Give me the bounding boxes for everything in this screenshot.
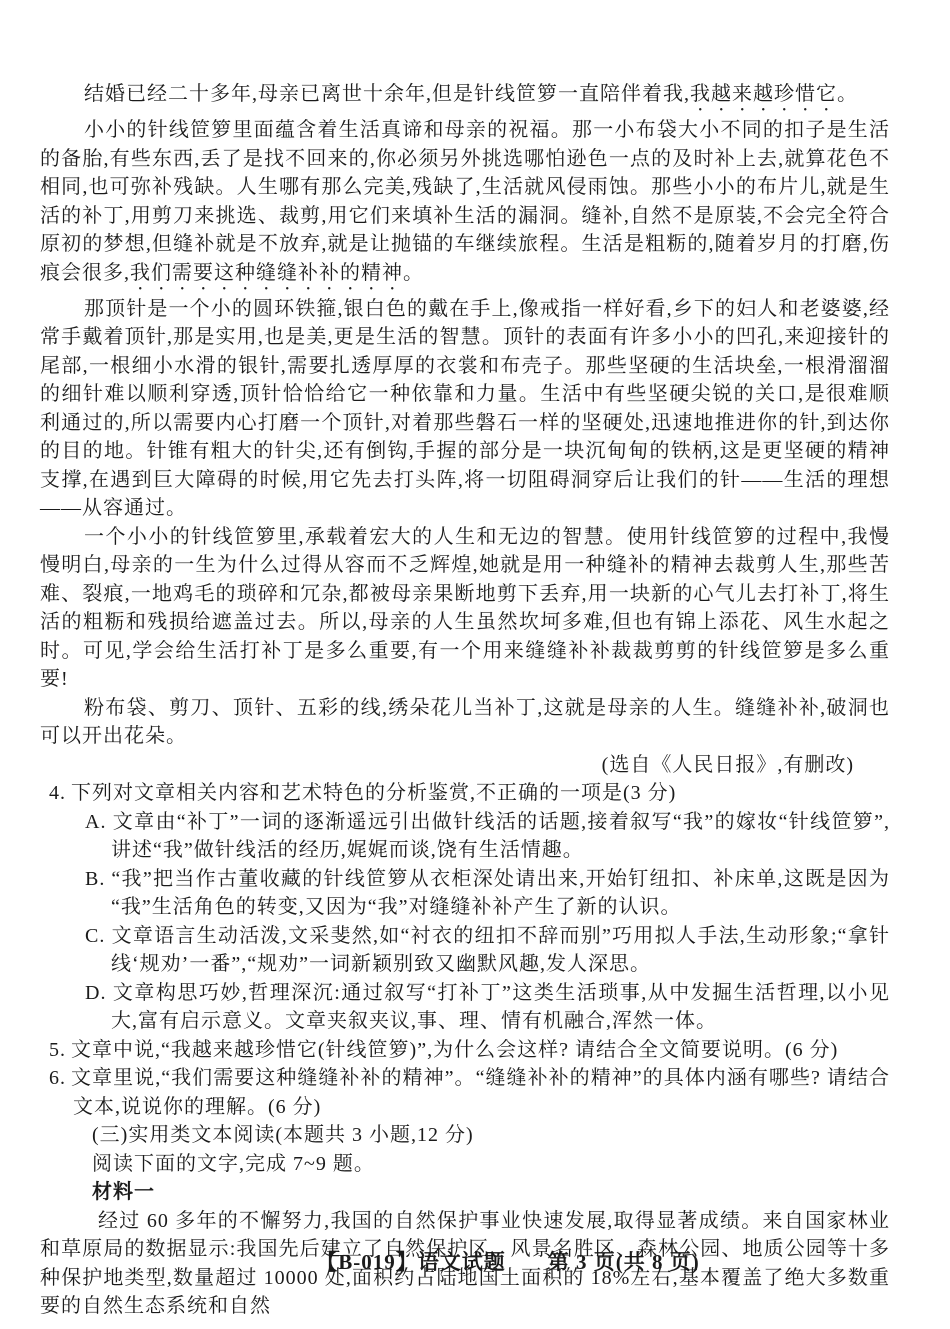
option-b-label: B. <box>85 868 105 890</box>
passage-paragraph-2: 小小的针线笸箩里面蕴含着生活真谛和母亲的祝福。那一小布袋大小不同的扣子是生活的备… <box>40 116 890 295</box>
passage-paragraph-3: 那顶针是一个小的圆环铁箍,银白色的戴在手上,像戒指一样好看,乡下的妇人和老婆婆,… <box>40 295 890 523</box>
passage-paragraph-1: 结婚已经二十多年,母亲已离世十余年,但是针线笸箩一直陪伴着我,我越来越珍惜它。 <box>40 80 890 116</box>
page-content: 结婚已经二十多年,母亲已离世十余年,但是针线笸箩一直陪伴着我,我越来越珍惜它。 … <box>40 80 890 1321</box>
section-3-instruction: 阅读下面的文字,完成 7~9 题。 <box>40 1150 890 1179</box>
footer-booklet-title: 【B-019】语文试题 <box>316 1250 506 1274</box>
question-4-option-b: B.“我”把当作古董收藏的针线笸箩从衣柜深处请出来,开始钉纽扣、补床单,这既是因… <box>85 865 890 922</box>
passage-text: 小小的针线笸箩里面蕴含着生活真谛和母亲的祝福。那一小布袋大小不同的扣子是生活的备… <box>40 119 890 284</box>
option-a-label: A. <box>85 811 106 833</box>
question-6-number: 6. <box>49 1067 66 1089</box>
question-4-option-c: C.文章语言生动活泼,文采斐然,如“衬衣的纽扣不辞而别”巧用拟人手法,生动形象;… <box>85 922 890 979</box>
question-5-number: 5. <box>49 1039 66 1061</box>
exam-page: 结婚已经二十多年,母亲已离世十余年,但是针线笸箩一直陪伴着我,我越来越珍惜它。 … <box>0 0 950 1329</box>
option-d-text: 文章构思巧妙,哲理深沉:通过叙写“打补丁”这类生活琐事,从中发掘生活哲理,以小见… <box>111 982 890 1033</box>
page-footer: 【B-019】语文试题第 3 页(共 8 页) <box>0 1248 950 1277</box>
option-d-label: D. <box>85 982 106 1004</box>
question-5-stem: 文章中说,“我越来越珍惜它(针线笸箩)”,为什么会这样? 请结合全文简要说明。(… <box>71 1039 838 1061</box>
passage-source-attribution: (选自《人民日报》,有删改) <box>40 751 890 780</box>
emphasized-text: 我们需要这种缝缝补补的精神 <box>130 262 403 284</box>
section-3-header: (三)实用类文本阅读(本题共 3 小题,12 分) <box>40 1121 890 1150</box>
option-c-label: C. <box>85 925 105 947</box>
question-4-number: 4. <box>49 782 66 804</box>
option-a-text: 文章由“补丁”一词的逐渐遥远引出做针线活的话题,接着叙写“我”的嫁妆“针线笸箩”… <box>111 811 890 862</box>
passage-text: 。 <box>403 262 424 284</box>
question-6-stem: 文章里说,“我们需要这种缝缝补补的精神”。“缝缝补补的精神”的具体内涵有哪些? … <box>71 1067 890 1118</box>
question-4-option-a: A.文章由“补丁”一词的逐渐遥远引出做针线活的话题,接着叙写“我”的嫁妆“针线笸… <box>85 808 890 865</box>
question-4-stem: 下列对文章相关内容和艺术特色的分析鉴赏,不正确的一项是(3 分) <box>71 782 676 804</box>
material-1-label: 材料一 <box>40 1178 890 1207</box>
passage-text: 。 <box>837 83 858 105</box>
question-4-option-d: D.文章构思巧妙,哲理深沉:通过叙写“打补丁”这类生活琐事,从中发掘生活哲理,以… <box>85 979 890 1036</box>
passage-paragraph-4: 一个小小的针线笸箩里,承载着宏大的人生和无边的智慧。使用针线笸箩的过程中,我慢慢… <box>40 523 890 694</box>
emphasized-text: 我越来越珍惜它 <box>690 83 837 105</box>
option-c-text: 文章语言生动活泼,文采斐然,如“衬衣的纽扣不辞而别”巧用拟人手法,生动形象;“拿… <box>111 925 890 976</box>
footer-page-number: 第 3 页(共 8 页) <box>548 1250 700 1274</box>
passage-text: 结婚已经二十多年,母亲已离世十余年,但是针线笸箩一直陪伴着我, <box>84 83 690 105</box>
question-4: 4.下列对文章相关内容和艺术特色的分析鉴赏,不正确的一项是(3 分) A.文章由… <box>49 779 890 1036</box>
passage-paragraph-5: 粉布袋、剪刀、顶针、五彩的线,绣朵花儿当补丁,这就是母亲的人生。缝缝补补,破洞也… <box>40 694 890 751</box>
question-5: 5.文章中说,“我越来越珍惜它(针线笸箩)”,为什么会这样? 请结合全文简要说明… <box>49 1036 890 1065</box>
question-6: 6.文章里说,“我们需要这种缝缝补补的精神”。“缝缝补补的精神”的具体内涵有哪些… <box>49 1064 890 1121</box>
option-b-text: “我”把当作古董收藏的针线笸箩从衣柜深处请出来,开始钉纽扣、补床单,这既是因为“… <box>111 868 890 919</box>
